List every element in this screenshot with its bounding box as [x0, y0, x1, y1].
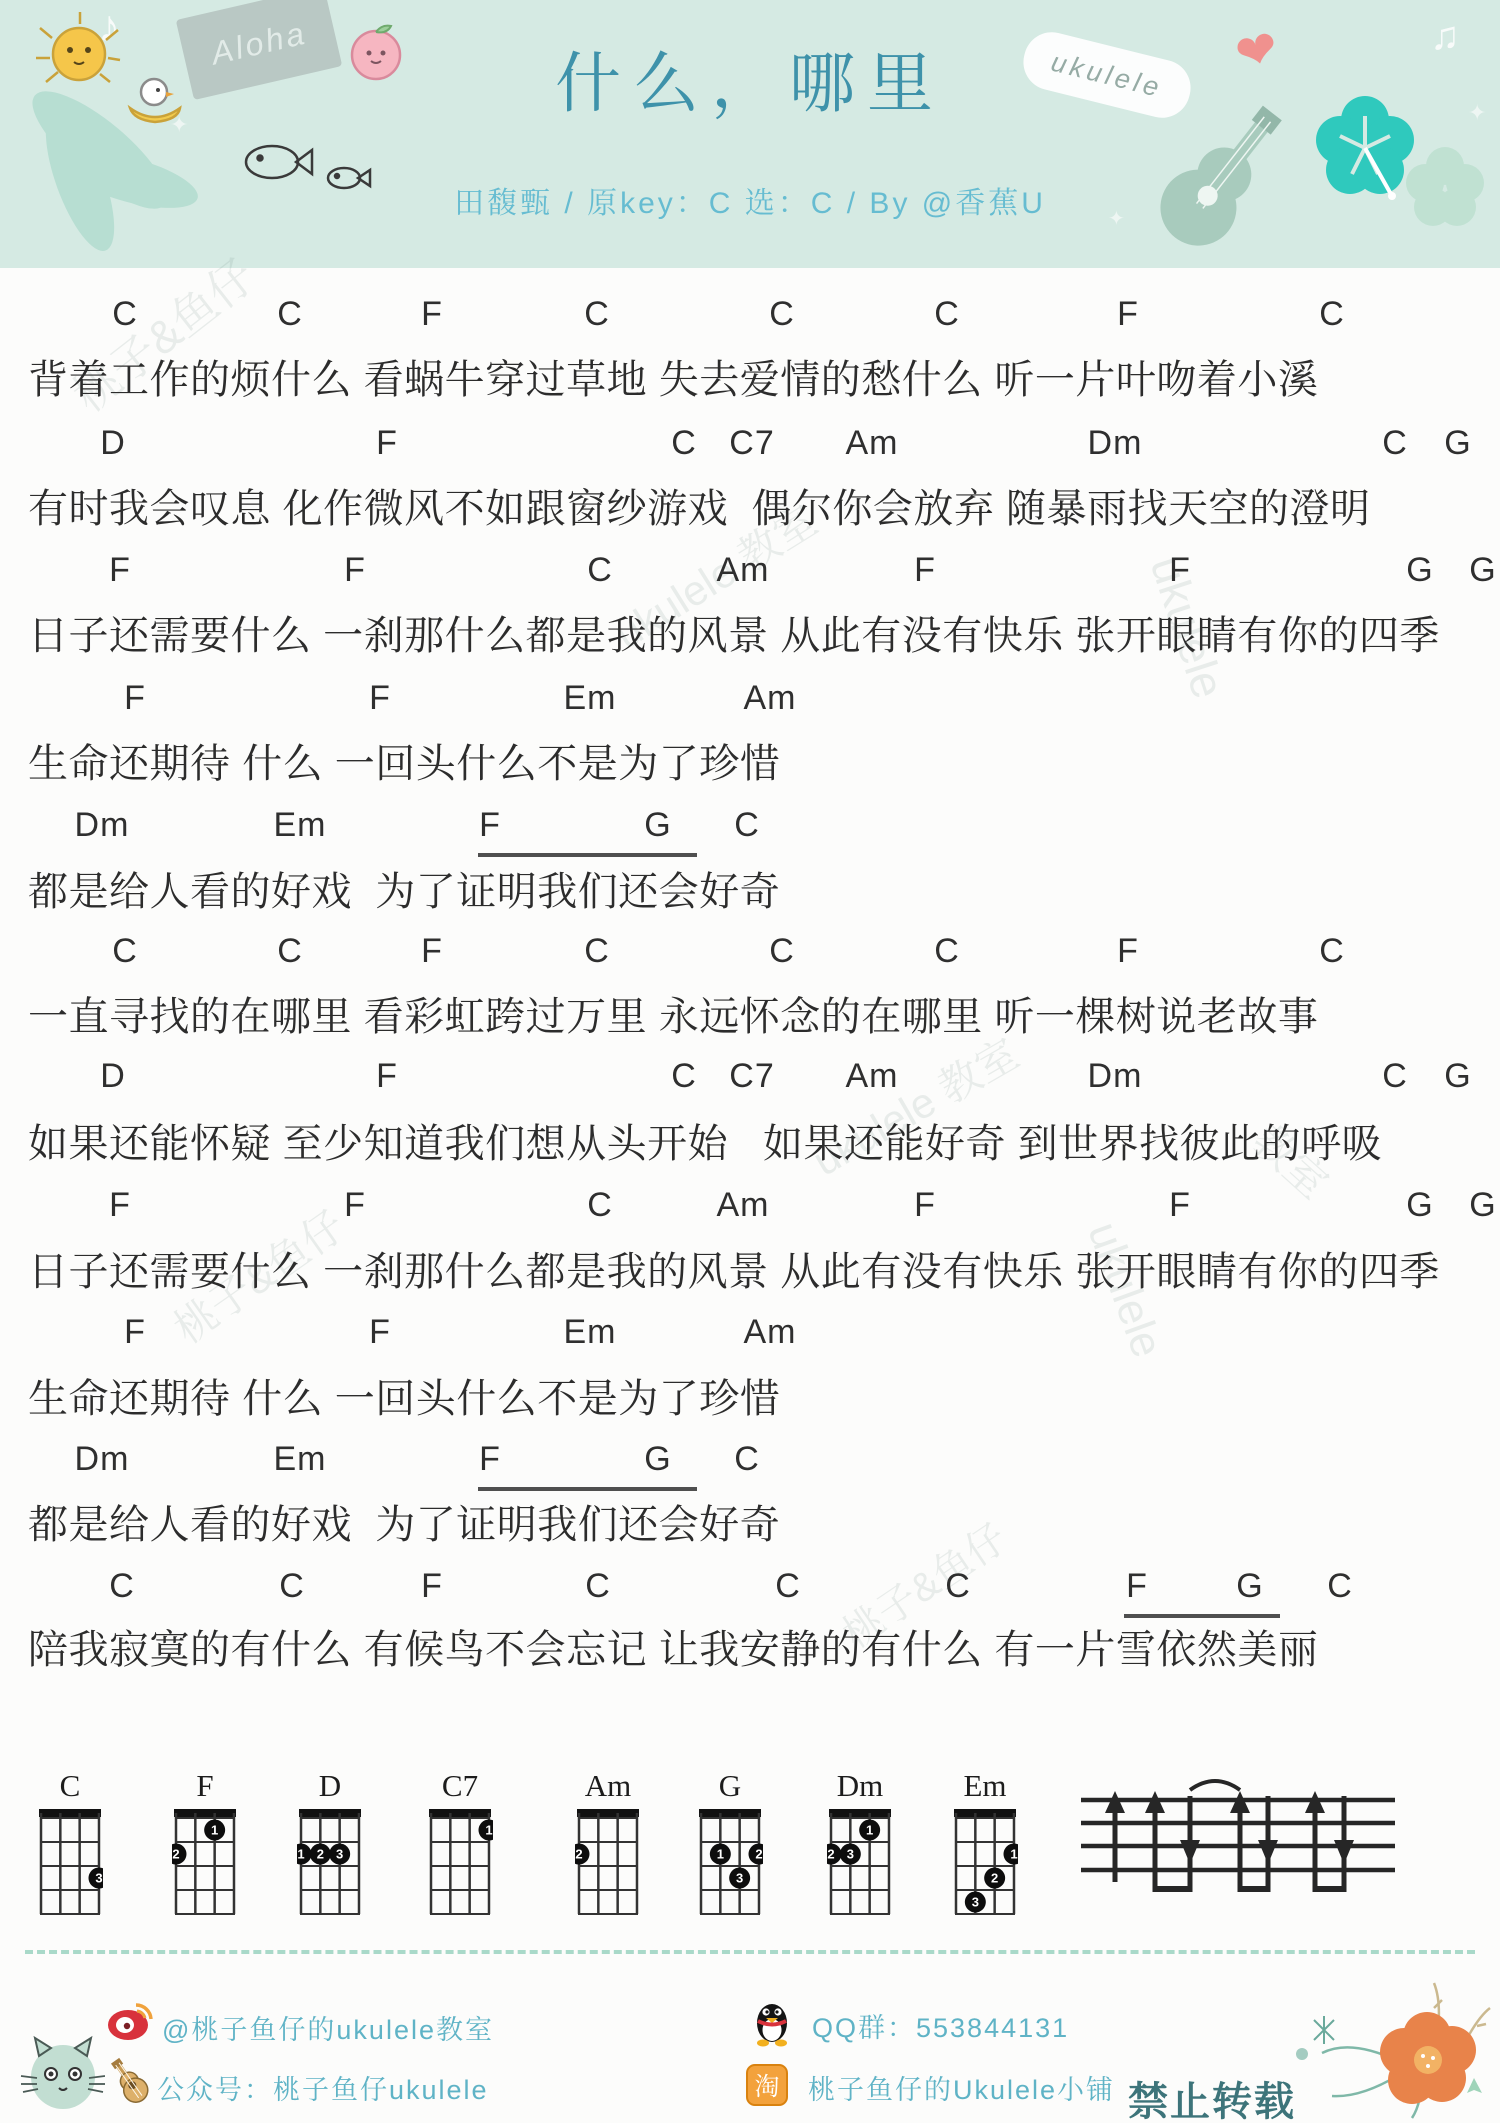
svg-text:2: 2 — [317, 1847, 324, 1862]
chord-label: F — [1117, 932, 1139, 971]
chord-label: F — [124, 1313, 146, 1352]
chord-label: C — [671, 424, 697, 463]
chord-diagram-label: Em — [940, 1770, 1030, 1801]
chord-sheet-page: ♪ ♫ ✦ ✦ ✦ Aloha — [0, 0, 1500, 2123]
chord-diagram-C7: C71 — [415, 1770, 505, 1929]
svg-text:3: 3 — [736, 1871, 743, 1886]
header-band: ♪ ♫ ✦ ✦ ✦ Aloha — [0, 0, 1500, 268]
svg-text:2: 2 — [575, 1847, 582, 1862]
chord-label: C — [769, 932, 795, 971]
taobao-shop-name: 桃子鱼仔的Ukulele小铺 — [808, 2068, 1115, 2107]
chord-label: G — [1469, 1186, 1496, 1225]
chord-label: Am — [846, 1057, 899, 1096]
chord-diagram-label: Dm — [815, 1770, 905, 1801]
chord-label: C — [1327, 1567, 1353, 1606]
chord-row: CCFCCCFGC — [0, 1567, 1500, 1621]
chord-label: F — [109, 1186, 131, 1225]
svg-text:2: 2 — [991, 1871, 998, 1886]
weibo-handle: @桃子鱼仔的ukulele教室 — [162, 2008, 494, 2047]
chord-label: C — [584, 932, 610, 971]
qq-icon — [752, 1993, 792, 2047]
chord-diagram-G: G123 — [685, 1770, 775, 1929]
chord-label: F — [914, 1186, 936, 1225]
chord-row: FFEmAm — [0, 679, 1500, 733]
qq-group-number: QQ群：553844131 — [812, 2006, 1069, 2045]
chord-label: C — [587, 551, 613, 590]
chord-label: C — [112, 295, 138, 334]
chord-label: C — [769, 295, 795, 334]
chord-diagram-label: F — [160, 1770, 250, 1801]
chord-label: G — [1444, 1057, 1471, 1096]
chord-label: Dm — [75, 1440, 130, 1479]
chord-diagram-label: D — [285, 1770, 375, 1801]
svg-text:1: 1 — [485, 1823, 492, 1838]
chord-label: Am — [717, 1186, 770, 1225]
svg-text:2: 2 — [755, 1847, 762, 1862]
taobao-icon: 淘 — [746, 2064, 788, 2106]
svg-text:3: 3 — [847, 1847, 854, 1862]
chord-diagram-label: G — [685, 1770, 775, 1801]
page-title: 什么，哪里 — [0, 30, 1500, 125]
chord-label: F — [1169, 1186, 1191, 1225]
chord-label: Am — [846, 424, 899, 463]
chord-label: Dm — [1088, 1057, 1143, 1096]
chord-label: C — [585, 1567, 611, 1606]
chord-row: FFCAmFFGG — [0, 1186, 1500, 1240]
chord-label: C — [1319, 295, 1345, 334]
svg-text:1: 1 — [717, 1847, 724, 1862]
svg-text:3: 3 — [95, 1871, 102, 1886]
svg-text:2: 2 — [827, 1847, 834, 1862]
weibo-icon — [106, 1996, 156, 2042]
chord-diagram-label: C7 — [415, 1770, 505, 1801]
lyric-line: 如果还能怀疑 至少知道我们想从头开始 如果还能好奇 到世界找彼此的呼吸 — [28, 1112, 1382, 1169]
chord-label: F — [376, 424, 398, 463]
chord-label: C — [109, 1567, 135, 1606]
chord-label: D — [100, 424, 126, 463]
chord-label: F — [1126, 1567, 1148, 1606]
chord-label: G — [1236, 1567, 1263, 1606]
chord-label: Em — [564, 1313, 617, 1352]
chord-diagram-Em: Em123 — [940, 1770, 1030, 1929]
chord-label: Em — [274, 1440, 327, 1479]
chord-label: G — [644, 806, 671, 845]
chord-row: DmEmFGC — [0, 1440, 1500, 1494]
chord-label: G — [1469, 551, 1496, 590]
lyric-line: 日子还需要什么 一刹那什么都是我的风景 从此有没有快乐 张开眼睛有你的四季 — [28, 1240, 1440, 1297]
chord-label: F — [124, 679, 146, 718]
chord-label: C7 — [729, 424, 774, 463]
wechat-account: 公众号：桃子鱼仔ukulele — [157, 2068, 489, 2107]
chord-label: C — [734, 806, 760, 845]
chord-label: Dm — [75, 806, 130, 845]
chord-label: Am — [744, 1313, 797, 1352]
svg-text:1: 1 — [1010, 1847, 1017, 1862]
lyric-line: 一直寻找的在哪里 看彩虹跨过万里 永远怀念的在哪里 听一棵树说老故事 — [28, 985, 1318, 1042]
chord-label: F — [1169, 551, 1191, 590]
chord-label: F — [1117, 295, 1139, 334]
chord-diagram-F: F12 — [160, 1770, 250, 1929]
chord-row: DFCC7AmDmCG — [0, 1057, 1500, 1111]
chord-row: DFCC7AmDmCG — [0, 424, 1500, 478]
chord-label: C — [584, 295, 610, 334]
chord-label: C — [934, 295, 960, 334]
chord-label: C — [112, 932, 138, 971]
chord-label: F — [369, 1313, 391, 1352]
chord-label: C — [775, 1567, 801, 1606]
chord-label: Em — [564, 679, 617, 718]
chord-diagram-D: D123 — [285, 1770, 375, 1929]
chord-label: C — [277, 932, 303, 971]
chord-label: G — [1406, 1186, 1433, 1225]
chord-label: C — [671, 1057, 697, 1096]
chord-label: F — [369, 679, 391, 718]
chord-row: FFEmAm — [0, 1313, 1500, 1367]
forbid-watermark: 禁止转载 — [1128, 2070, 1296, 2123]
chord-label: Am — [744, 679, 797, 718]
ukulele-icon — [104, 2056, 156, 2108]
chord-label: F — [344, 1186, 366, 1225]
chord-row: CCFCCCFC — [0, 932, 1500, 986]
svg-text:1: 1 — [211, 1823, 218, 1838]
chord-label: F — [421, 932, 443, 971]
chord-diagram-Am: Am2 — [563, 1770, 653, 1929]
lyric-line: 背着工作的烦什么 看蜗牛穿过草地 失去爱情的愁什么 听一片叶吻着小溪 — [28, 348, 1318, 405]
lyric-line: 生命还期待 什么 一回头什么不是为了珍惜 — [28, 732, 780, 789]
chord-diagram-Dm: Dm231 — [815, 1770, 905, 1929]
chord-label: F — [479, 806, 501, 845]
chord-diagram-label: C — [25, 1770, 115, 1801]
cat-doodle-icon — [15, 2032, 105, 2117]
chord-label: F — [479, 1440, 501, 1479]
chord-label: G — [1406, 551, 1433, 590]
chord-label: G — [1444, 424, 1471, 463]
chord-row: DmEmFGC — [0, 806, 1500, 860]
lyric-line: 都是给人看的好戏 为了证明我们还会好奇 — [28, 1493, 780, 1550]
svg-text:3: 3 — [972, 1895, 979, 1910]
chord-label: F — [421, 295, 443, 334]
chord-label: Dm — [1088, 424, 1143, 463]
chord-tie-underline — [478, 1487, 697, 1491]
strumming-pattern — [1075, 1778, 1400, 1918]
chord-label: F — [376, 1057, 398, 1096]
chord-label: Em — [274, 806, 327, 845]
page-subtitle: 田馥甄 / 原key：C 选：C / By @香蕉U — [0, 178, 1500, 222]
chord-label: C — [945, 1567, 971, 1606]
taobao-icon-char: 淘 — [754, 2067, 779, 2103]
chord-label: Am — [717, 551, 770, 590]
svg-text:3: 3 — [336, 1847, 343, 1862]
lyric-line: 日子还需要什么 一刹那什么都是我的风景 从此有没有快乐 张开眼睛有你的四季 — [28, 604, 1440, 661]
chord-label: C — [734, 1440, 760, 1479]
chord-label: C — [1382, 1057, 1408, 1096]
lyric-line: 都是给人看的好戏 为了证明我们还会好奇 — [28, 860, 780, 917]
chord-label: C — [934, 932, 960, 971]
chord-label: C7 — [729, 1057, 774, 1096]
chord-label: F — [344, 551, 366, 590]
lyric-line: 陪我寂寞的有什么 有候鸟不会忘记 让我安静的有什么 有一片雪依然美丽 — [28, 1618, 1318, 1675]
chord-label: C — [277, 295, 303, 334]
svg-text:2: 2 — [172, 1847, 179, 1862]
chord-label: C — [1319, 932, 1345, 971]
svg-text:1: 1 — [297, 1847, 304, 1862]
chord-label: F — [421, 1567, 443, 1606]
flower-decoration-icon — [1262, 1978, 1500, 2123]
chord-label: F — [109, 551, 131, 590]
chord-tie-underline — [478, 853, 697, 857]
chord-row: FFCAmFFGG — [0, 551, 1500, 605]
chord-label: C — [279, 1567, 305, 1606]
lyric-line: 有时我会叹息 化作微风不如跟窗纱游戏 偶尔你会放弃 随暴雨找天空的澄明 — [28, 477, 1370, 534]
chord-diagram-label: Am — [563, 1770, 653, 1801]
chord-label: C — [587, 1186, 613, 1225]
chord-row: CCFCCCFC — [0, 295, 1500, 349]
chord-label: D — [100, 1057, 126, 1096]
dashed-separator — [25, 1950, 1475, 1954]
chord-label: G — [644, 1440, 671, 1479]
chord-label: C — [1382, 424, 1408, 463]
lyric-line: 生命还期待 什么 一回头什么不是为了珍惜 — [28, 1367, 780, 1424]
chord-diagram-C: C3 — [25, 1770, 115, 1929]
svg-text:1: 1 — [866, 1823, 873, 1838]
chord-label: F — [914, 551, 936, 590]
